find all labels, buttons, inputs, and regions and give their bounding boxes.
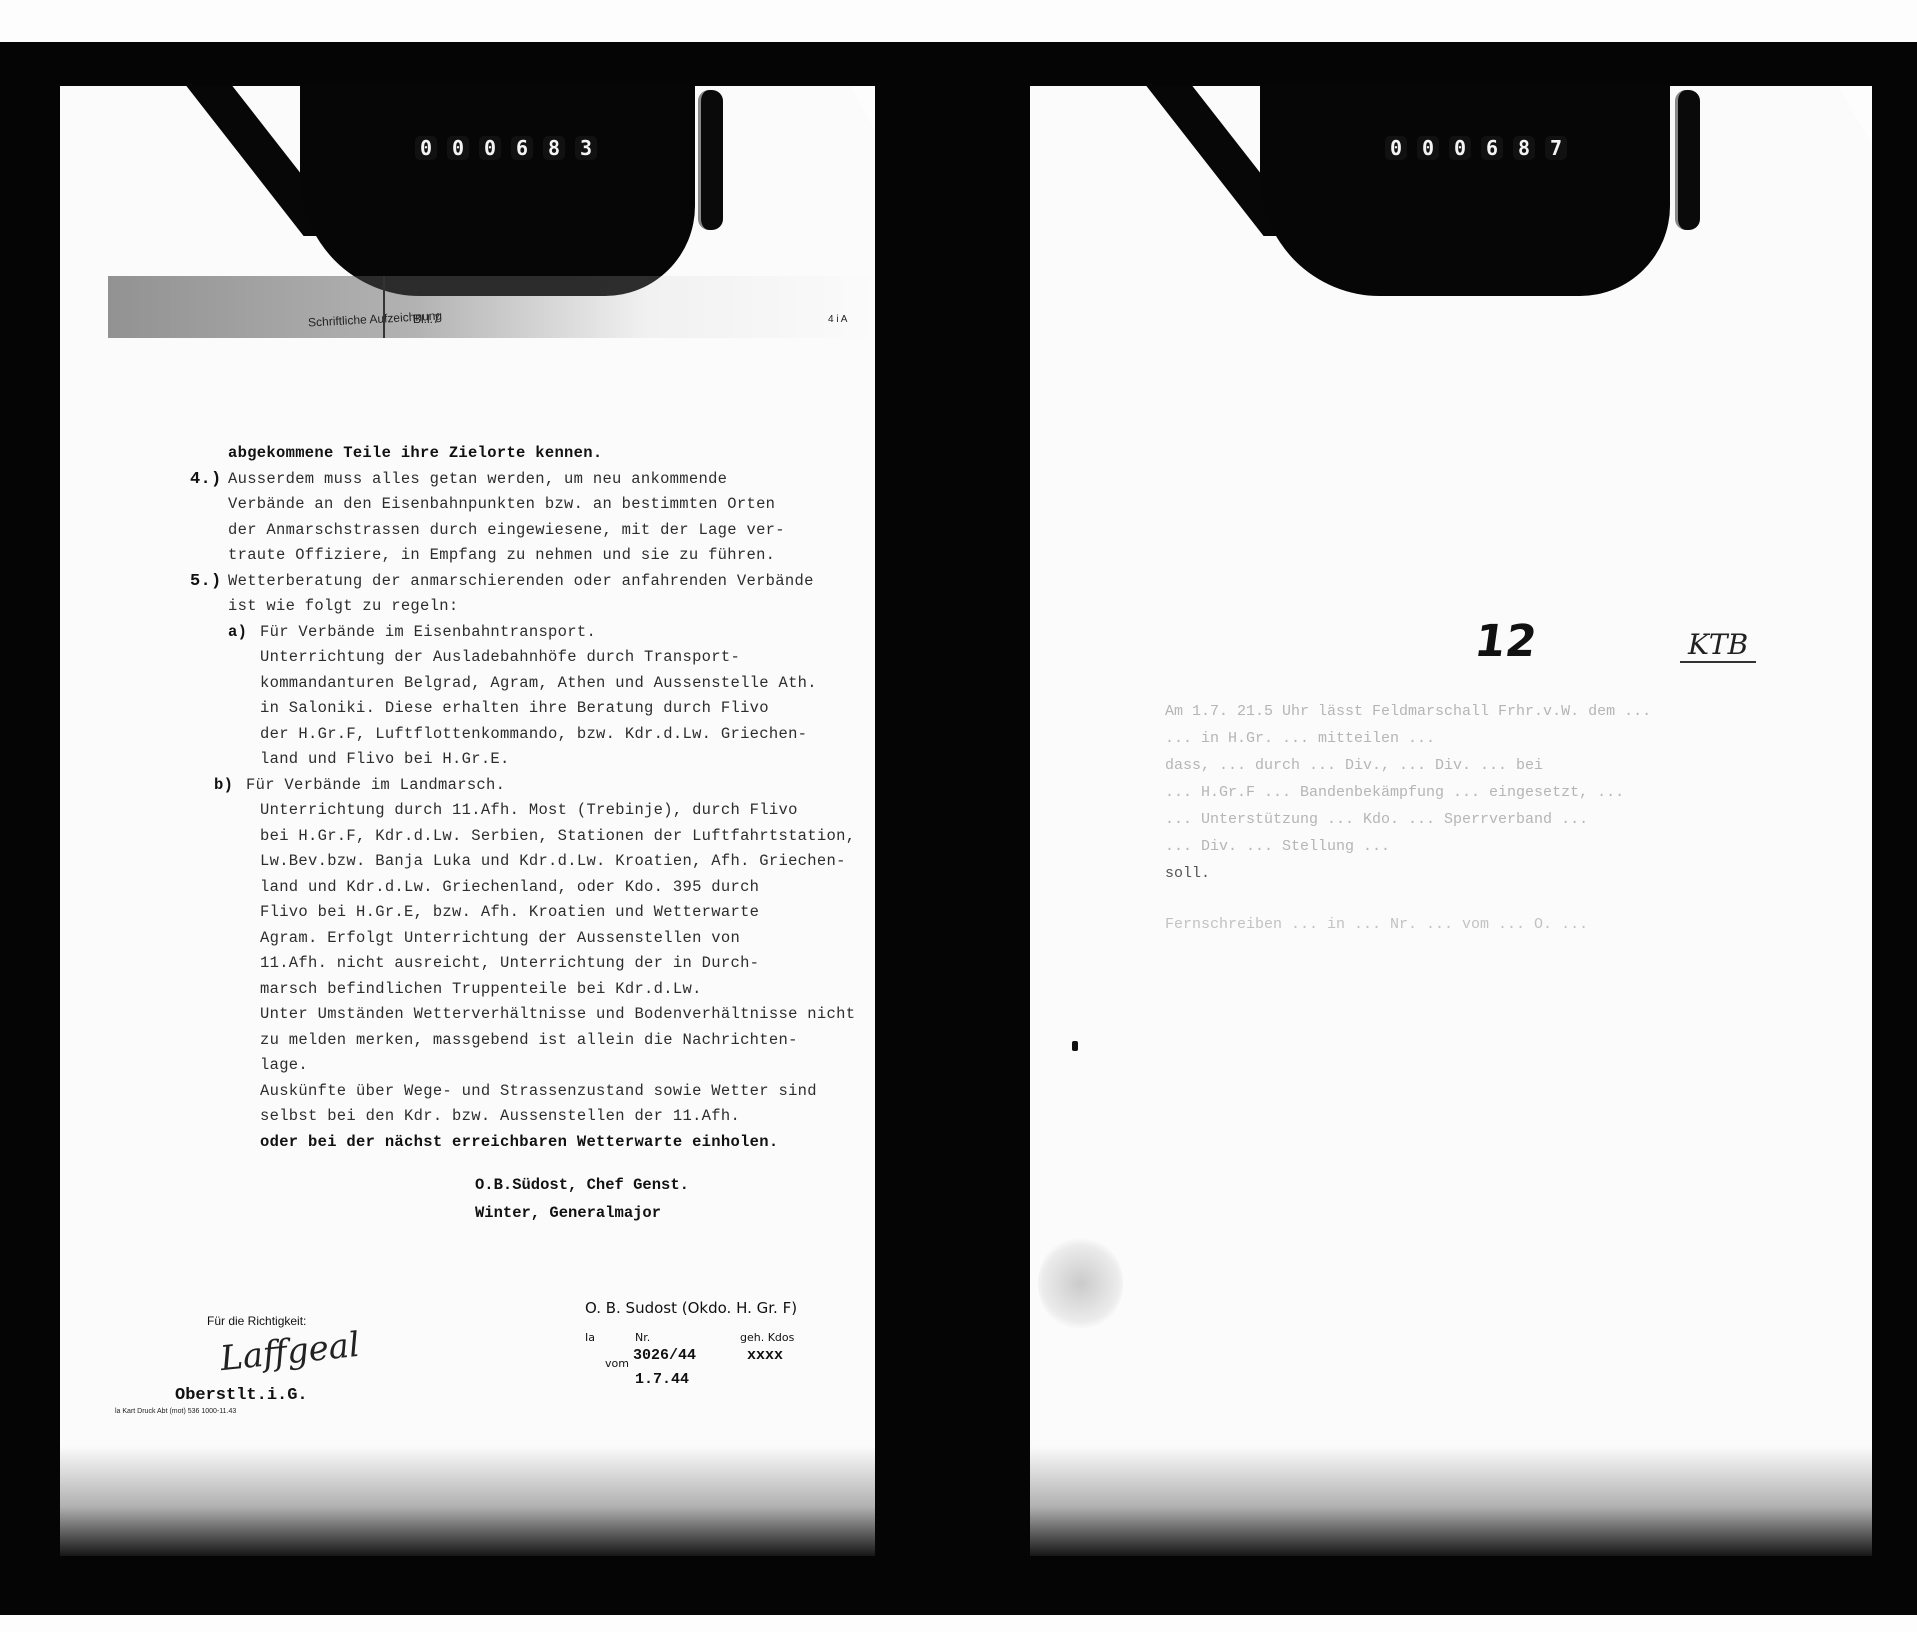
item-5: 5.)Wetterberatung der anmarschierenden o… bbox=[190, 569, 880, 595]
sub-item-b-line: marsch befindlichen Truppenteile bei Kdr… bbox=[190, 977, 880, 1003]
sub-item-b-line: Lw.Bev.bzw. Banja Luka und Kdr.d.Lw. Kro… bbox=[190, 849, 880, 875]
counter-knob-icon bbox=[698, 90, 723, 230]
counter-digit: 6 bbox=[1481, 136, 1503, 160]
counter-digit: 0 bbox=[415, 136, 437, 160]
stamp-strip: Schriftliche Aufzeichnung Bl.l.7 4 i A bbox=[108, 276, 878, 338]
stamp-strip-side-mark: 4 i A bbox=[828, 314, 847, 325]
sub-item-b-line: Unterrichtung durch 11.Afh. Most (Trebin… bbox=[190, 798, 880, 824]
frame-counter: 0 0 0 6 8 3 bbox=[300, 86, 695, 296]
faded-round-stamp bbox=[1038, 1236, 1123, 1331]
film-gutter-left bbox=[0, 42, 60, 1615]
registry-date-label: vom bbox=[605, 1357, 629, 1370]
counter-digit: 3 bbox=[575, 136, 597, 160]
counter-digit: 7 bbox=[1545, 136, 1567, 160]
registry-date-value: 1.7.44 bbox=[635, 1371, 689, 1388]
item-4-line: traute Offiziere, in Empfang zu nehmen u… bbox=[190, 543, 880, 569]
item-4-line: der Anmarschstrassen durch eingewiesene,… bbox=[190, 518, 880, 544]
sub-item-a-line: der H.Gr.F, Luftflottenkommando, bzw. Kd… bbox=[190, 722, 880, 748]
registry-classification-label: geh. Kdos bbox=[740, 1331, 794, 1344]
sub-item-b-line: Agram. Erfolgt Unterrichtung der Aussens… bbox=[190, 926, 880, 952]
punch-mark bbox=[1072, 1041, 1078, 1051]
reference-mark: KTB bbox=[1680, 628, 1756, 663]
page-edge-shadow bbox=[1030, 1446, 1872, 1556]
sub-item-a-line: in Saloniki. Diese erhalten ihre Beratun… bbox=[190, 696, 880, 722]
page-edge-shadow bbox=[60, 1446, 875, 1556]
registry-number-value: 3026/44 bbox=[633, 1347, 696, 1364]
counter-digit: 0 bbox=[1385, 136, 1407, 160]
sub-item-a-line: Unterrichtung der Ausladebahnhöfe durch … bbox=[190, 645, 880, 671]
registry-stamp: O. B. Sudost (Okdo. H. Gr. F) Ia Nr. geh… bbox=[585, 1299, 845, 1387]
counter-digit: 8 bbox=[1513, 136, 1535, 160]
counter-digit: 0 bbox=[1417, 136, 1439, 160]
handwritten-signature: Laffgeal bbox=[218, 1325, 361, 1379]
sub-item-b-line: bei H.Gr.F, Kdr.d.Lw. Serbien, Stationen… bbox=[190, 824, 880, 850]
document-page-left: 0 0 0 6 8 3 Schriftliche Aufzeichnung Bl… bbox=[60, 86, 875, 1556]
item-4-line: Verbände an den Eisenbahnpunkten bzw. an… bbox=[190, 492, 880, 518]
faded-footer: Fernschreiben ... in ... Nr. ... vom ...… bbox=[1165, 911, 1785, 938]
counter-digit: 0 bbox=[1449, 136, 1471, 160]
stamp-strip-fragment: Bl.l.7 bbox=[413, 312, 440, 326]
printer-note: la Kart Druck Abt (mot) 536 1000-11.43 bbox=[115, 1408, 236, 1415]
sub-item-a: a)Für Verbände im Eisenbahntransport. bbox=[190, 620, 880, 646]
counter-digit: 0 bbox=[479, 136, 501, 160]
sub-item-b-line: lage. bbox=[190, 1053, 880, 1079]
sub-item-b-line: land und Kdr.d.Lw. Griechenland, oder Kd… bbox=[190, 875, 880, 901]
document-body: abgekommene Teile ihre Zielorte kennen. … bbox=[190, 441, 880, 1155]
counter-digit: 6 bbox=[511, 136, 533, 160]
faded-line: ... H.Gr.F ... Bandenbekämpfung ... eing… bbox=[1165, 779, 1785, 806]
film-gutter-center bbox=[875, 42, 1030, 1615]
registry-section-label: Ia bbox=[585, 1331, 595, 1344]
faded-line: ... in H.Gr. ... mitteilen ... bbox=[1165, 725, 1785, 752]
counter-digits: 0 0 0 6 8 7 bbox=[1385, 136, 1567, 160]
document-page-right: 0 0 0 6 8 7 12 KTB Am 1.7. 21.5 Uhr läss… bbox=[1030, 86, 1872, 1556]
counter-digit: 0 bbox=[447, 136, 469, 160]
registry-stamp-title: O. B. Sudost (Okdo. H. Gr. F) bbox=[585, 1299, 845, 1317]
sub-item-b-line: Auskünfte über Wege- und Strassenzustand… bbox=[190, 1079, 880, 1105]
faded-body-text: Am 1.7. 21.5 Uhr lässt Feldmarschall Frh… bbox=[1165, 698, 1785, 938]
sub-item-b-line: oder bei der nächst erreichbaren Wetterw… bbox=[190, 1130, 880, 1156]
film-gutter-right bbox=[1872, 42, 1917, 1615]
counter-digits: 0 0 0 6 8 3 bbox=[415, 136, 597, 160]
faded-line: dass, ... durch ... Div., ... Div. ... b… bbox=[1165, 752, 1785, 779]
sub-item-b-line: selbst bei den Kdr. bzw. Aussenstellen d… bbox=[190, 1104, 880, 1130]
sub-item-b: b)Für Verbände im Landmarsch. bbox=[190, 773, 880, 799]
signature-line-2: Winter, Generalmajor bbox=[475, 1199, 689, 1227]
item-4: 4.)Ausserdem muss alles getan werden, um… bbox=[190, 467, 880, 493]
certifier-rank: Oberstlt.i.G. bbox=[175, 1386, 308, 1405]
sub-item-a-line: land und Flivo bei H.Gr.E. bbox=[190, 747, 880, 773]
registry-classification-value: xxxx bbox=[747, 1347, 783, 1364]
stamp-strip-divider bbox=[383, 276, 385, 338]
continuation-line: abgekommene Teile ihre Zielorte kennen. bbox=[190, 441, 880, 467]
signature-line-1: O.B.Südost, Chef Genst. bbox=[475, 1171, 689, 1199]
faded-line: ... Div. ... Stellung ... bbox=[1165, 833, 1785, 860]
registry-number-label: Nr. bbox=[635, 1331, 650, 1344]
faded-line: Am 1.7. 21.5 Uhr lässt Feldmarschall Frh… bbox=[1165, 698, 1785, 725]
counter-knob-icon bbox=[1675, 90, 1700, 230]
faded-line: ... Unterstützung ... Kdo. ... Sperrverb… bbox=[1165, 806, 1785, 833]
sub-item-b-line: zu melden merken, massgebend ist allein … bbox=[190, 1028, 880, 1054]
page-number: 12 bbox=[1471, 616, 1539, 667]
sub-item-a-line: kommandanturen Belgrad, Agram, Athen und… bbox=[190, 671, 880, 697]
item-5-line: ist wie folgt zu regeln: bbox=[190, 594, 880, 620]
signature-block: O.B.Südost, Chef Genst. Winter, Generalm… bbox=[475, 1171, 689, 1227]
faded-line: soll. bbox=[1165, 860, 1785, 887]
counter-digit: 8 bbox=[543, 136, 565, 160]
certification-label: Für die Richtigkeit: bbox=[207, 1314, 306, 1328]
sub-item-b-line: Unter Umständen Wetterverhältnisse und B… bbox=[190, 1002, 880, 1028]
sub-item-b-line: Flivo bei H.Gr.E, bzw. Afh. Kroatien und… bbox=[190, 900, 880, 926]
frame-counter: 0 0 0 6 8 7 bbox=[1260, 86, 1670, 296]
sub-item-b-line: 11.Afh. nicht ausreicht, Unterrichtung d… bbox=[190, 951, 880, 977]
